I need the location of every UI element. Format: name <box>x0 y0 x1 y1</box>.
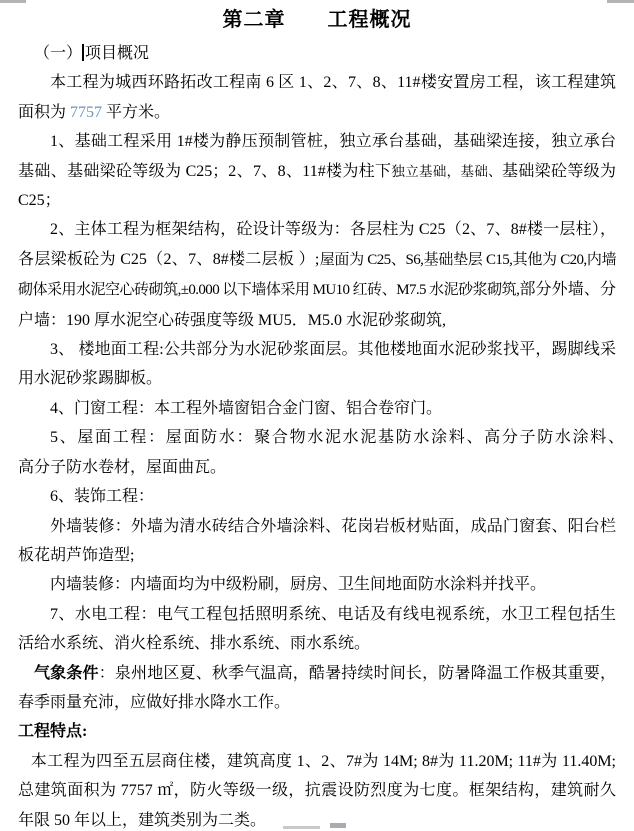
paragraph-exterior-finish: 外墙装修：外墙为清水砖结合外墙涂料、花岗岩板材贴面，成品门窗套、阳台栏板花胡芦饰… <box>18 512 616 571</box>
chapter-heading: 第二章 工程概况 <box>18 5 616 36</box>
intro-text-after: 平方米。 <box>102 104 170 121</box>
weather-label: 气象条件 <box>34 665 99 682</box>
list-item-floor: 3、 楼地面工程:公共部分为水泥砂浆面层。其他楼地面水泥砂浆找平，踢脚线采用水泥… <box>18 335 616 394</box>
paragraph-project-features: 本工程为四至五层商住楼，建筑高度 1、2、7#为 14M; 8#为 11.20M… <box>18 747 616 831</box>
section-title: 项目概况 <box>85 45 149 62</box>
section-label: （一） <box>34 45 82 62</box>
list-item-roof: 5、屋面工程：屋面防水：聚合物水泥水泥基防水涂料、高分子防水涂料、 高分子防水卷… <box>18 423 616 482</box>
list-item-doors-windows: 4、门窗工程：本工程外墙窗铝合金门窗、铝合卷帘门。 <box>18 394 616 423</box>
section-heading: （一）项目概况 <box>18 39 616 68</box>
text-cursor <box>82 44 84 61</box>
list-item-mep: 7、水电工程：电气工程包括照明系统、电话及有线电视系统，水卫工程包括生活给水系统… <box>18 600 616 659</box>
building-area-value: 7757 <box>70 104 102 121</box>
paragraph-weather: 气象条件：泉州地区夏、秋季气温高，酷暑持续时间长，防暑降温工作极其重要，春季雨量… <box>18 659 616 718</box>
foundation-text-small: 独立基础，基础、 <box>391 164 502 179</box>
weather-text: ：泉州地区夏、秋季气温高，酷暑持续时间长，防暑降温工作极其重要，春季雨量充沛，应… <box>18 665 616 711</box>
heading-project-features: 工程特点: <box>18 717 616 746</box>
list-item-structure: 2、主体工程为框架结构，砼设计等级为：各层柱为 C25（2、7、8#楼一层柱），… <box>18 215 616 335</box>
document-page[interactable]: 第二章 工程概况 （一）项目概况 本工程为城西环路拓改工程南 6 区 1、2、7… <box>0 0 634 831</box>
paragraph-interior-finish: 内墙装修：内墙面均为中级粉刷，厨房、卫生间地面防水涂料并找平。 <box>18 570 616 599</box>
list-item-foundation: 1、基础工程采用 1#楼为静压预制管桩，独立承台基础，基础梁连接，独立承台基础、… <box>18 127 616 215</box>
paragraph-intro: 本工程为城西环路拓改工程南 6 区 1、2、7、8、11#楼安置房工程，该工程建… <box>18 68 616 127</box>
list-item-decoration: 6、装饰工程： <box>18 482 616 511</box>
